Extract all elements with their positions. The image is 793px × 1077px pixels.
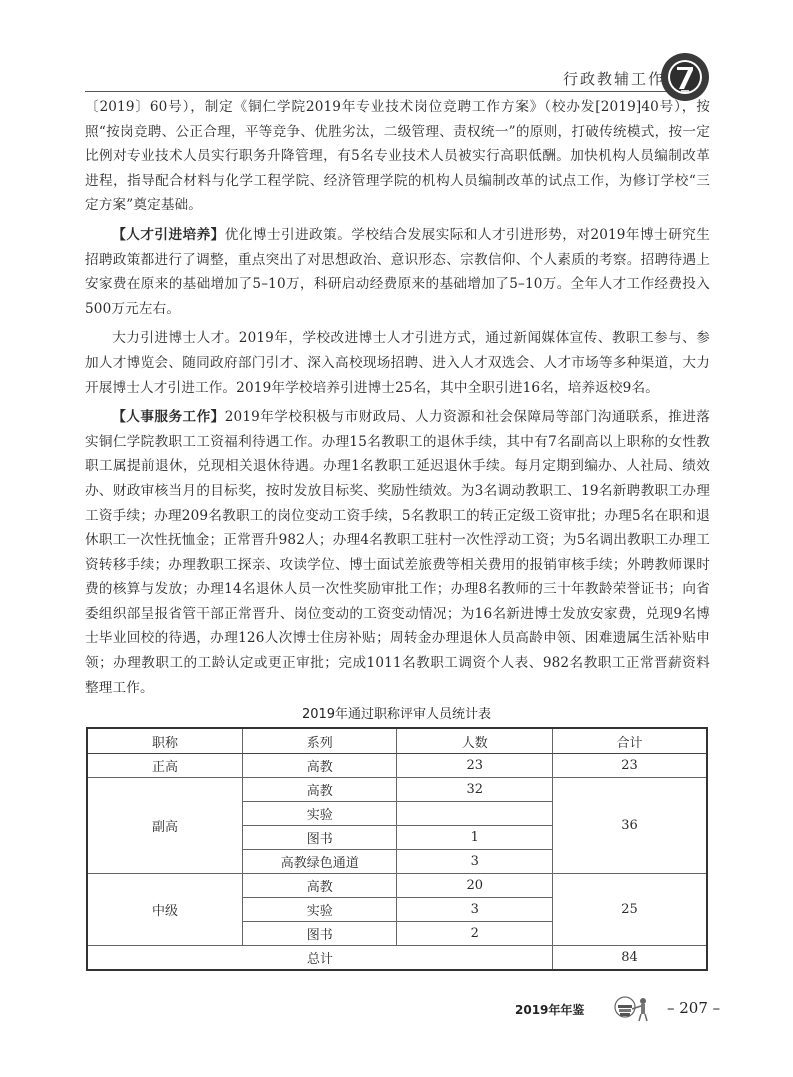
group-total: 36 (552, 778, 707, 874)
page-footer: 2019年年鉴 – 207 – (515, 995, 755, 1025)
column-header-series: 系列 (242, 728, 396, 754)
paragraph-phd-recruitment: 大力引进博士人才。2019年，学校改进博士人才引进方式，通过新闻媒体宣传、教职工… (85, 326, 710, 400)
grand-total-row: 总计 84 (87, 946, 707, 971)
yearbook-label: 2019年年鉴 (515, 1001, 584, 1018)
group-total: 25 (552, 874, 707, 946)
table-row: 副高 高教 32 36 (87, 778, 707, 802)
section-title: 行政教辅工作 (555, 68, 665, 89)
article-body: 〔2019〕60号），制定《铜仁学院2019年专业技术岗位竞聘工作方案》（校办发… (85, 95, 710, 705)
paragraph-1: 〔2019〕60号），制定《铜仁学院2019年专业技术岗位竞聘工作方案》（校办发… (85, 95, 710, 218)
series-cell: 实验 (242, 802, 396, 826)
table-title: 2019年通过职称评审人员统计表 (85, 703, 708, 722)
header-rule (85, 91, 675, 92)
series-cell: 高教 (242, 778, 396, 802)
group-title: 中级 (87, 874, 242, 946)
paragraph-text: 大力引进博士人才。2019年，学校改进博士人才引进方式，通过新闻媒体宣传、教职工… (85, 330, 710, 395)
count-cell: 23 (397, 754, 553, 778)
series-cell: 高教绿色通道 (242, 850, 396, 874)
paragraph-text: 2019年学校积极与市财政局、人力资源和社会保障局等部门沟通联系，推进落实铜仁学… (85, 409, 710, 696)
column-header-total: 合计 (552, 728, 707, 754)
series-cell: 高教 (242, 874, 396, 898)
table-header-row: 职称 系列 人数 合计 (87, 728, 707, 754)
count-cell: 1 (397, 826, 553, 850)
group-title: 正高 (87, 754, 242, 778)
series-cell: 实验 (242, 898, 396, 922)
count-cell: 32 (397, 778, 553, 802)
table-row: 中级 高教 20 25 (87, 874, 707, 898)
paragraph-personnel-services: 【人事服务工作】2019年学校积极与市财政局、人力资源和社会保障局等部门沟通联系… (85, 405, 710, 700)
table-row: 正高 高教 23 23 (87, 754, 707, 778)
count-cell (397, 802, 553, 826)
column-header-count: 人数 (397, 728, 553, 754)
page-number: – 207 – (667, 999, 720, 1017)
paragraph-talent-introduction: 【人才引进培养】优化博士引进政策。学校结合发展实际和人才引进形势，对2019年博… (85, 223, 710, 321)
paragraph-heading: 【人事服务工作】 (112, 409, 225, 425)
paragraph-text: 〔2019〕60号），制定《铜仁学院2019年专业技术岗位竞聘工作方案》（校办发… (85, 99, 710, 213)
count-cell: 3 (397, 850, 553, 874)
title-review-stats-table: 职称 系列 人数 合计 正高 高教 23 23 副高 高教 32 36 实验 图… (86, 727, 708, 971)
series-cell: 图书 (242, 922, 396, 946)
count-cell: 3 (397, 898, 553, 922)
grand-total-label: 总计 (87, 946, 552, 971)
group-title: 副高 (87, 778, 242, 874)
column-header-title: 职称 (87, 728, 242, 754)
count-cell: 20 (397, 874, 553, 898)
series-cell: 高教 (242, 754, 396, 778)
series-cell: 图书 (242, 826, 396, 850)
grand-total-value: 84 (552, 946, 707, 971)
group-total: 23 (552, 754, 707, 778)
yearbook-reader-icon (612, 995, 654, 1023)
count-cell: 2 (397, 922, 553, 946)
paragraph-heading: 【人才引进培养】 (112, 227, 225, 243)
